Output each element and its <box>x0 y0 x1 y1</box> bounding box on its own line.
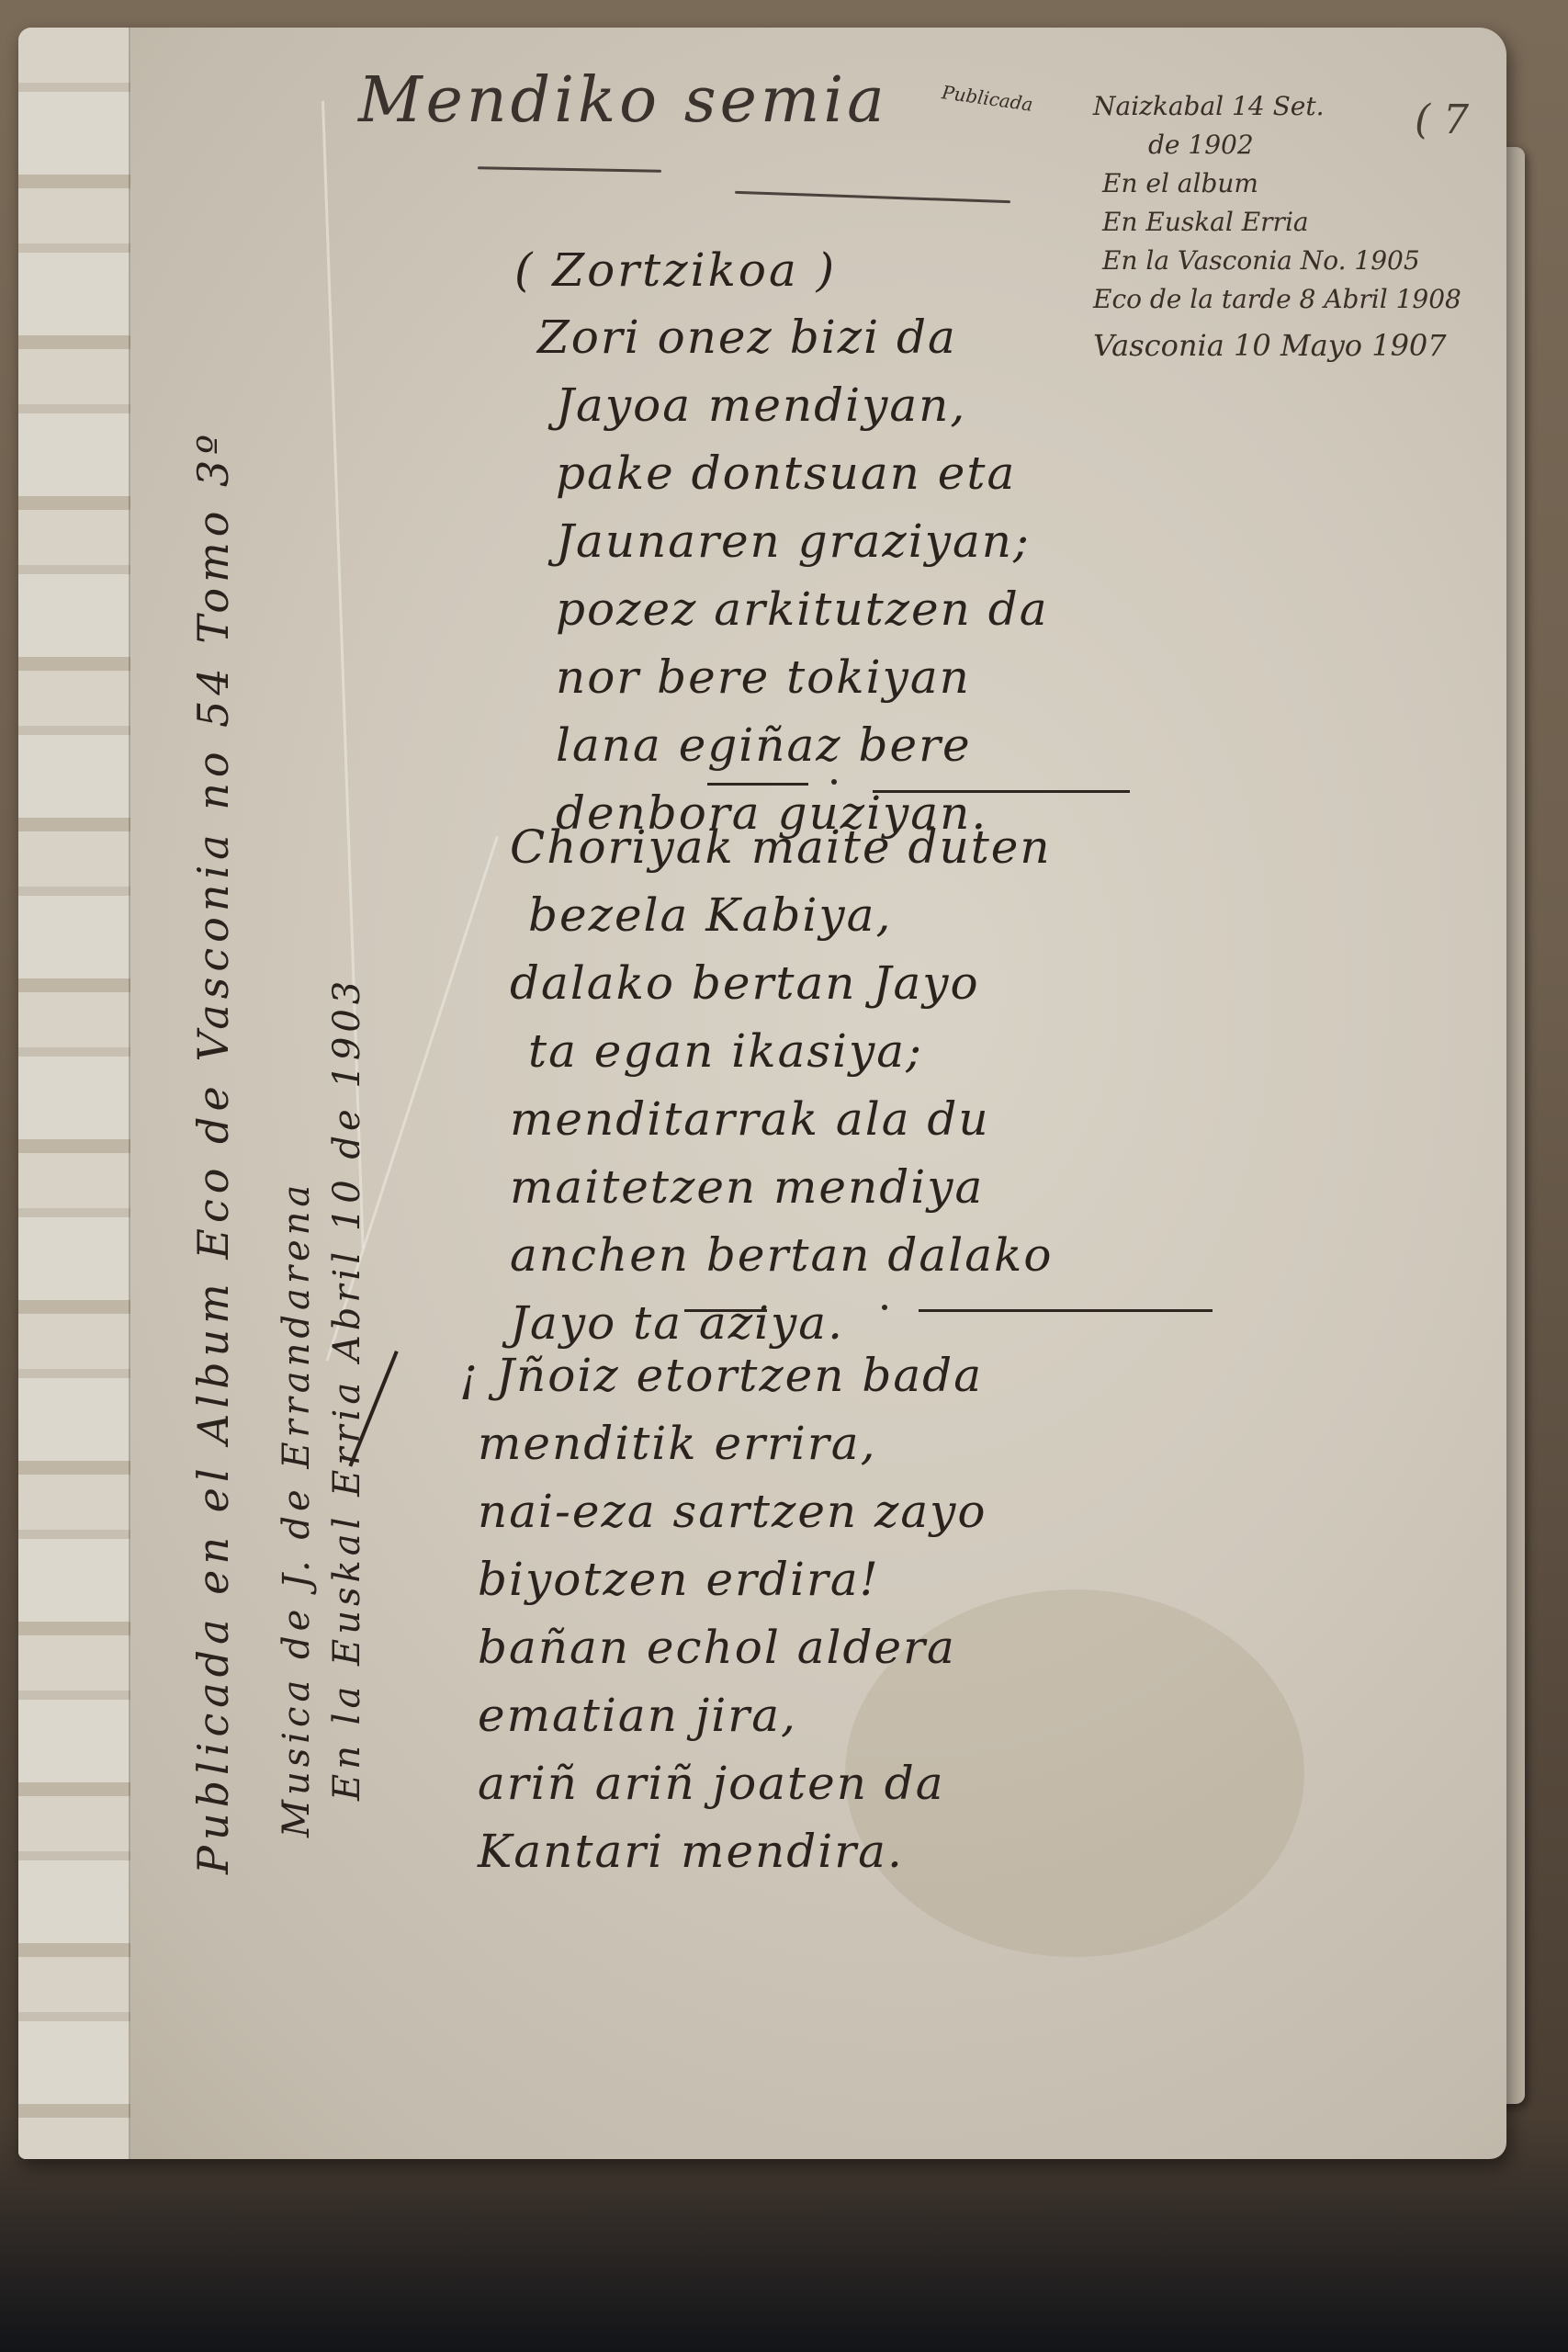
stanza-1: Zori onez bizi da Jayoa mendiyan, pake d… <box>537 303 1049 847</box>
margin-note-vertical: Publicada en el Album Eco de Vasconia no… <box>188 429 238 1874</box>
verse-line: dalako bertan Jayo <box>510 949 1053 1017</box>
subtitle: ( Zortzikoa ) <box>514 243 837 297</box>
margin-note: Vasconia 10 Mayo 1907 <box>1093 326 1461 365</box>
margin-note: En el album <box>1093 164 1461 203</box>
verse-line: Jaunaren graziyan; <box>537 507 1049 575</box>
margin-notes-right: Naizkabal 14 Set. de 1902 En el album En… <box>1093 87 1461 365</box>
margin-note: En Euskal Erria <box>1093 203 1461 242</box>
verse-line: ematian jira, <box>459 1681 987 1749</box>
verse-line: ¡ Jñoiz etortzen bada <box>459 1341 987 1409</box>
stanza-3: ¡ Jñoiz etortzen bada menditik errira, n… <box>459 1341 987 1885</box>
verse-line: Zori onez bizi da <box>537 303 1049 371</box>
verse-line: pake dontsuan eta <box>537 439 1049 507</box>
verse-line: Kantari mendira. <box>459 1817 987 1885</box>
torn-left-edge <box>18 28 130 2159</box>
stanza-separator <box>873 790 1130 793</box>
verse-line: nor bere tokiyan <box>537 643 1049 711</box>
verse-line: maitetzen mendiya <box>510 1153 1053 1221</box>
margin-note-vertical: Musica de J. de Errandarena <box>276 1181 318 1837</box>
verse-line: menditarrak ala du <box>510 1085 1053 1153</box>
stanza-separator <box>919 1309 1213 1312</box>
verse-line: nai-eza sartzen zayo <box>459 1477 987 1545</box>
verse-line: anchen bertan dalako <box>510 1221 1053 1289</box>
verse-line: Jayoa mendiyan, <box>537 371 1049 439</box>
verse-line: lana egiñaz bere <box>537 711 1049 779</box>
verse-line: menditik errira, <box>459 1409 987 1477</box>
margin-note: Eco de la tarde 8 Abril 1908 <box>1093 280 1461 319</box>
stanza-separator-dot <box>831 779 837 785</box>
verse-line: pozez arkitutzen da <box>537 575 1049 643</box>
verse-line: bañan echol aldera <box>459 1613 987 1681</box>
verse-line: ariñ ariñ joaten da <box>459 1749 987 1817</box>
verse-line: biyotzen erdira! <box>459 1545 987 1613</box>
margin-note: En la Vasconia No. 1905 <box>1093 242 1461 280</box>
verse-line: bezela Kabiya, <box>510 881 1053 949</box>
stanza-separator <box>707 783 808 786</box>
margin-note: de 1902 <box>1093 126 1461 164</box>
margin-note-vertical: En la Euskal Erria Abril 10 de 1903 <box>326 977 368 1801</box>
stanza-separator-dot <box>882 1305 887 1310</box>
page-title: Mendiko semia <box>358 64 888 137</box>
verse-line: ta egan ikasiya; <box>510 1017 1053 1085</box>
stanza-separator <box>684 1309 767 1312</box>
margin-note: Naizkabal 14 Set. <box>1093 87 1461 126</box>
stanza-2: Choriyak maite duten bezela Kabiya, dala… <box>510 813 1053 1357</box>
verse-line: Choriyak maite duten <box>510 813 1053 881</box>
